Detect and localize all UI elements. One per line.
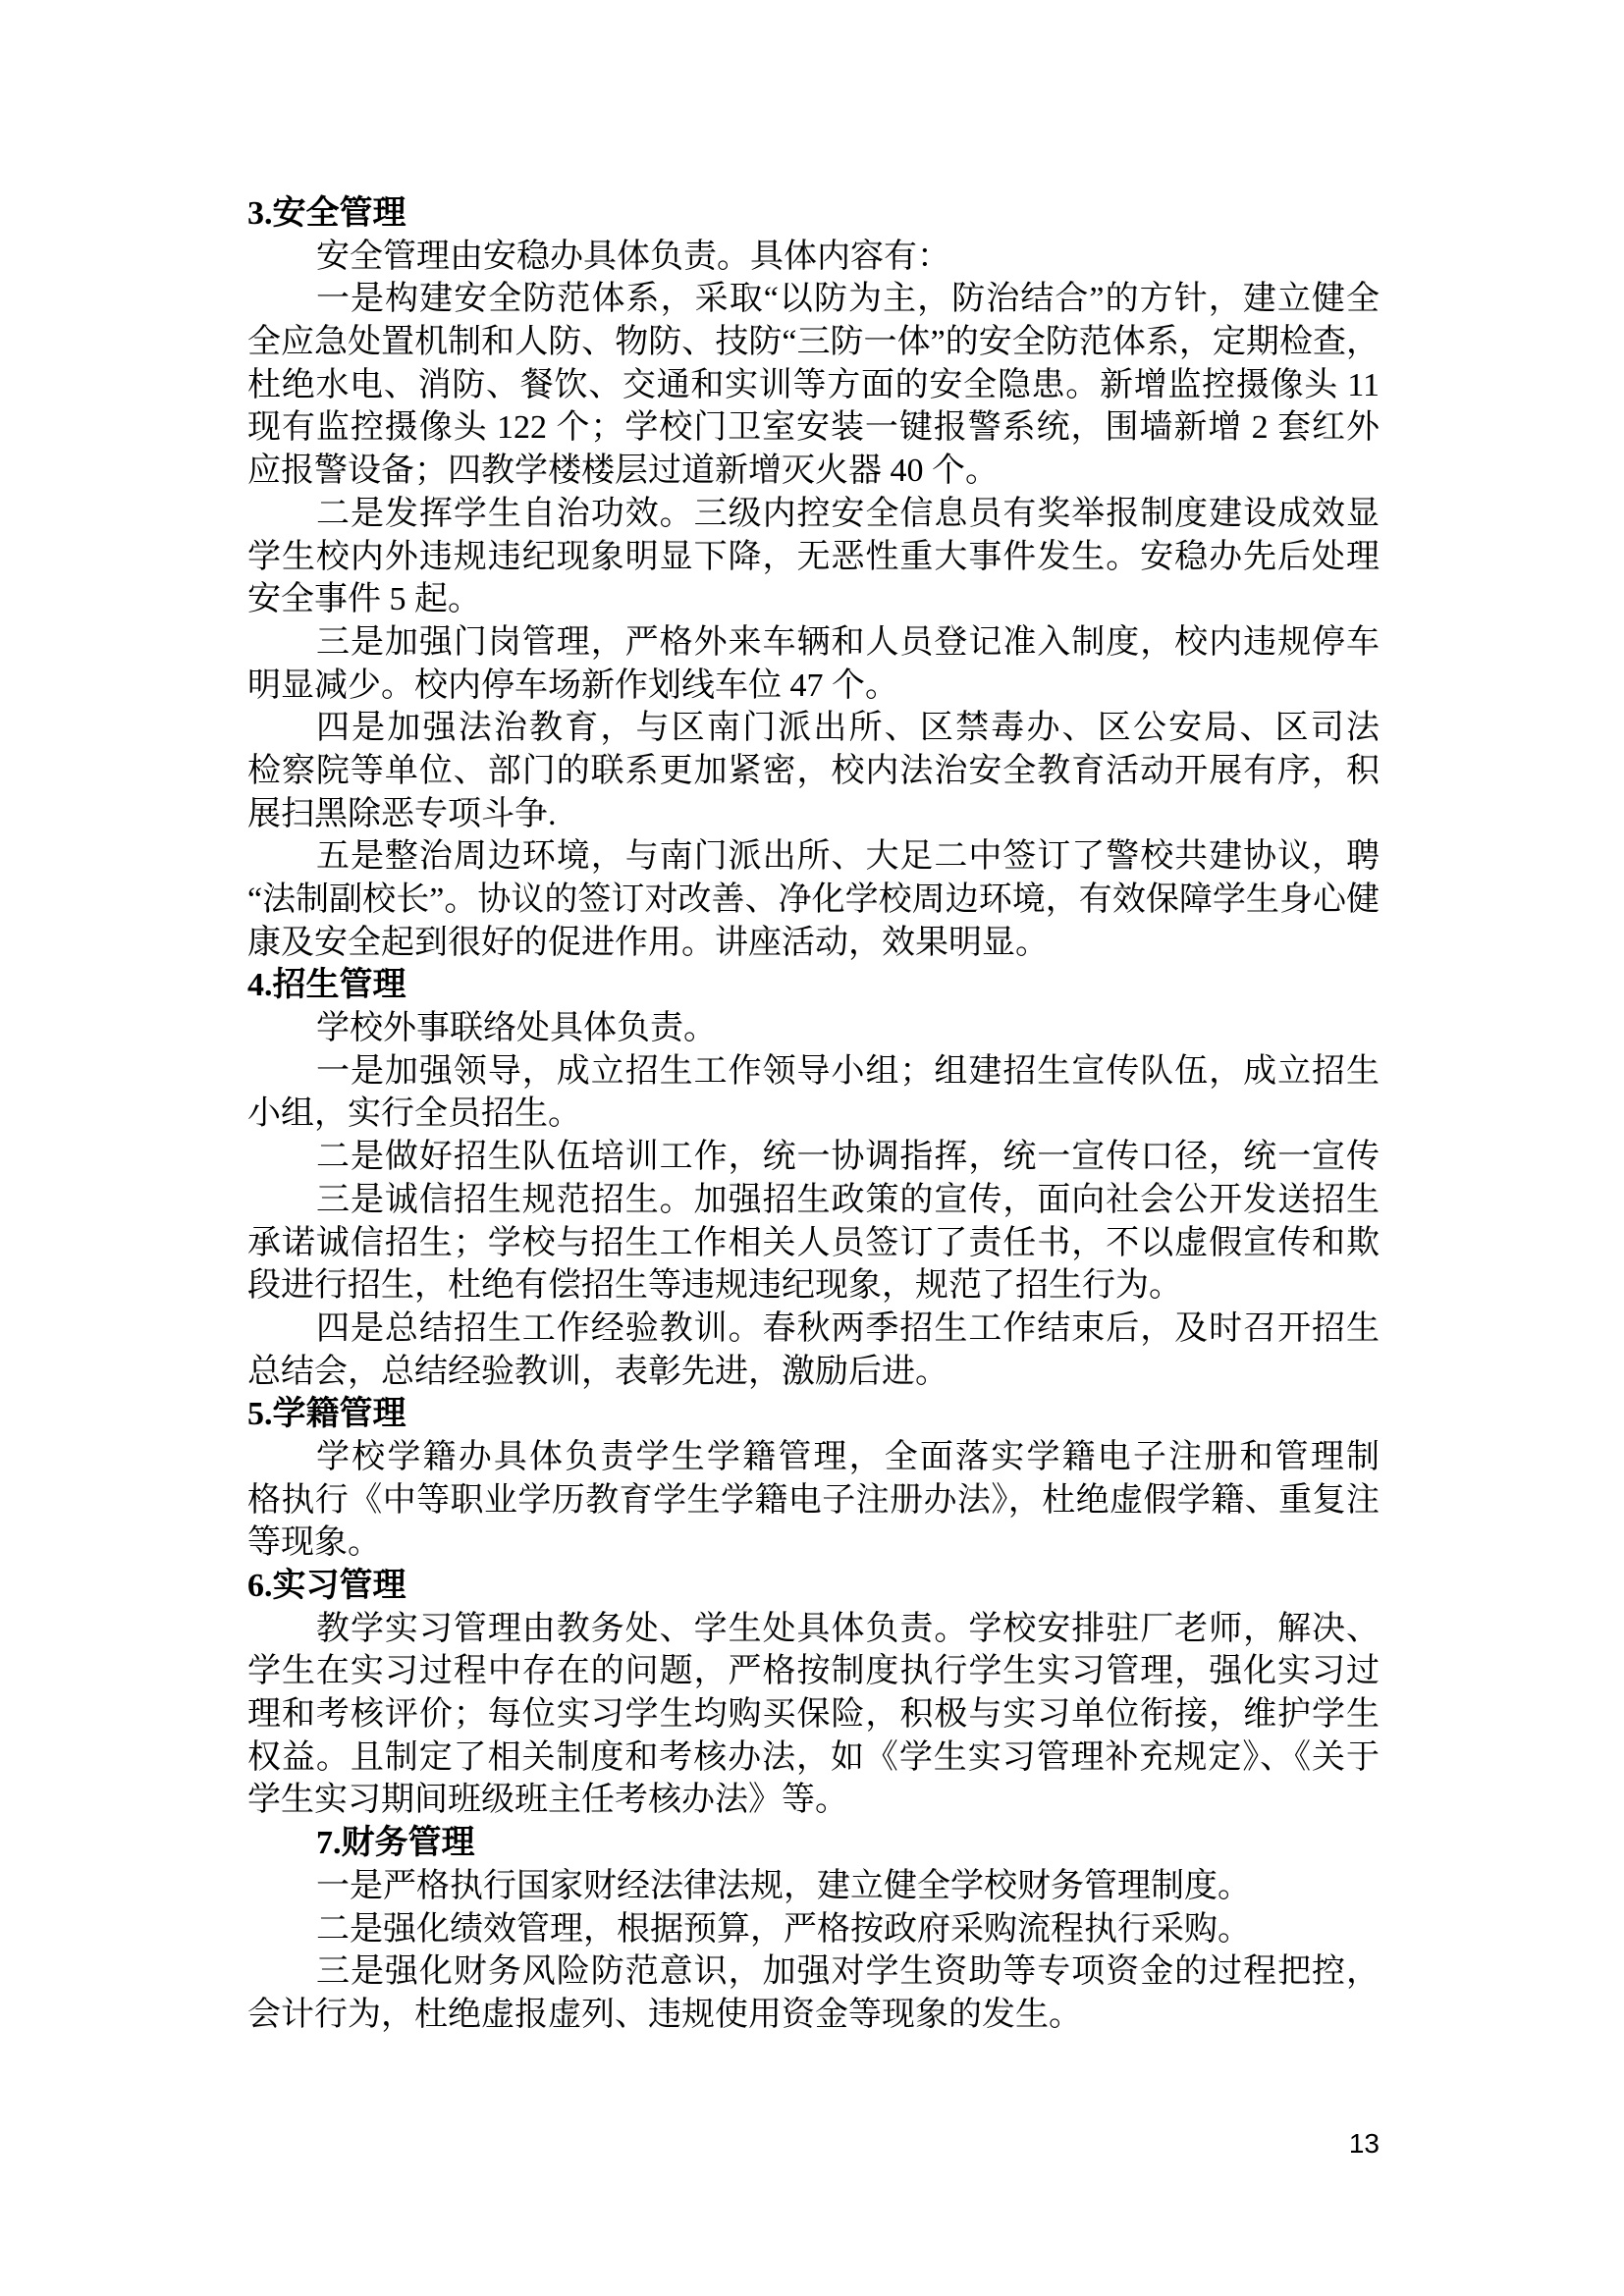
text-line: 三是诚信招生规范招生。加强招生政策的宣传，面向社会公开发送招生简章， [247,1179,1380,1222]
text-line: 杜绝水电、消防、餐饮、交通和实训等方面的安全隐患。新增监控摄像头 11 个， [247,364,1380,407]
text-line: 三是强化财务风险防范意识，加强对学生资助等专项资金的过程把控，规范 [247,1950,1380,1994]
text-line: 一是构建安全防范体系，采取“以防为主，防治结合”的方针，建立健全安 [247,278,1380,321]
text-block: 3.安全管理安全管理由安稳办具体负责。具体内容有：一是构建安全防范体系，采取“以… [247,192,1380,2037]
text-line: 二是做好招生队伍培训工作，统一协调指挥，统一宣传口径，统一宣传行动。 [247,1136,1380,1179]
text-line: 学生在实习过程中存在的问题，严格按制度执行学生实习管理，强化实习过程管 [247,1650,1380,1693]
page-number: 13 [1306,2128,1380,2160]
text-line: 一是加强领导，成立招生工作领导小组；组建招生宣传队伍，成立招生工作 [247,1050,1380,1094]
text-line: 四是加强法治教育，与区南门派出所、区禁毒办、区公安局、区司法局、区 [247,707,1380,750]
text-line: 总结会，总结经验教训，表彰先进，激励后进。 [247,1351,1380,1394]
text-line: 安全管理由安稳办具体负责。具体内容有： [247,236,1380,279]
text-line: 权益。且制定了相关制度和考核办法，如《学生实习管理补充规定》、《关于对 [247,1736,1380,1780]
text-line: 等现象。 [247,1522,1380,1565]
text-line: 学校学籍办具体负责学生学籍管理，全面落实学籍电子注册和管理制度，严 [247,1436,1380,1479]
section-heading: 7.财务管理 [247,1822,1380,1865]
text-line: 理和考核评价；每位实习学生均购买保险，积极与实习单位衔接，维护学生合法 [247,1693,1380,1736]
text-line: 四是总结招生工作经验教训。春秋两季招生工作结束后，及时召开招生工作 [247,1308,1380,1351]
section-heading: 3.安全管理 [247,192,1380,236]
text-line: 小组，实行全员招生。 [247,1093,1380,1136]
text-line: “法制副校长”。协议的签订对改善、净化学校周边环境，有效保障学生身心健 [247,879,1380,922]
text-line: 应报警设备；四教学楼楼层过道新增灭火器 40 个。 [247,450,1380,493]
text-line: 明显减少。校内停车场新作划线车位 47 个。 [247,665,1380,708]
text-line: 检察院等单位、部门的联系更加紧密，校内法治安全教育活动开展有序，积极开 [247,750,1380,793]
text-line: 教学实习管理由教务处、学生处具体负责。学校安排驻厂老师，解决、协调 [247,1608,1380,1651]
text-line: 二是发挥学生自治功效。三级内控安全信息员有奖举报制度建设成效显著， [247,493,1380,536]
section-heading: 6.实习管理 [247,1565,1380,1608]
text-line: 学生校内外违规违纪现象明显下降，无恶性重大事件发生。安稳办先后处理较大 [247,536,1380,579]
section-heading: 4.招生管理 [247,964,1380,1007]
text-line: 二是强化绩效管理，根据预算，严格按政府采购流程执行采购。 [247,1908,1380,1951]
section-heading: 5.学籍管理 [247,1393,1380,1436]
text-line: 五是整治周边环境，与南门派出所、大足二中签订了警校共建协议，聘请了 [247,835,1380,879]
text-line: 承诺诚信招生；学校与招生工作相关人员签订了责任书，不以虚假宣传和欺骗手 [247,1222,1380,1265]
text-line: 现有监控摄像头 122 个；学校门卫室安装一键报警系统，围墙新增 2 套红外线感 [247,406,1380,450]
document-page: { "page": { "number": "13", "background_… [0,0,1624,2296]
text-line: 一是严格执行国家财经法律法规，建立健全学校财务管理制度。 [247,1865,1380,1908]
text-line: 学生实习期间班级班主任考核办法》等。 [247,1779,1380,1822]
text-line: 展扫黑除恶专项斗争. [247,793,1380,836]
text-line: 学校外事联络处具体负责。 [247,1007,1380,1050]
text-line: 三是加强门岗管理，严格外来车辆和人员登记准入制度，校内违规停车现象 [247,621,1380,665]
text-line: 康及安全起到很好的促进作用。讲座活动，效果明显。 [247,922,1380,965]
text-line: 全应急处置机制和人防、物防、技防“三防一体”的安全防范体系，定期检查， [247,321,1380,364]
text-line: 安全事件 5 起。 [247,578,1380,621]
text-line: 格执行《中等职业学历教育学生学籍电子注册办法》，杜绝虚假学籍、重复注册 [247,1479,1380,1522]
text-line: 会计行为，杜绝虚报虚列、违规使用资金等现象的发生。 [247,1994,1380,2037]
text-line: 段进行招生，杜绝有偿招生等违规违纪现象，规范了招生行为。 [247,1264,1380,1308]
